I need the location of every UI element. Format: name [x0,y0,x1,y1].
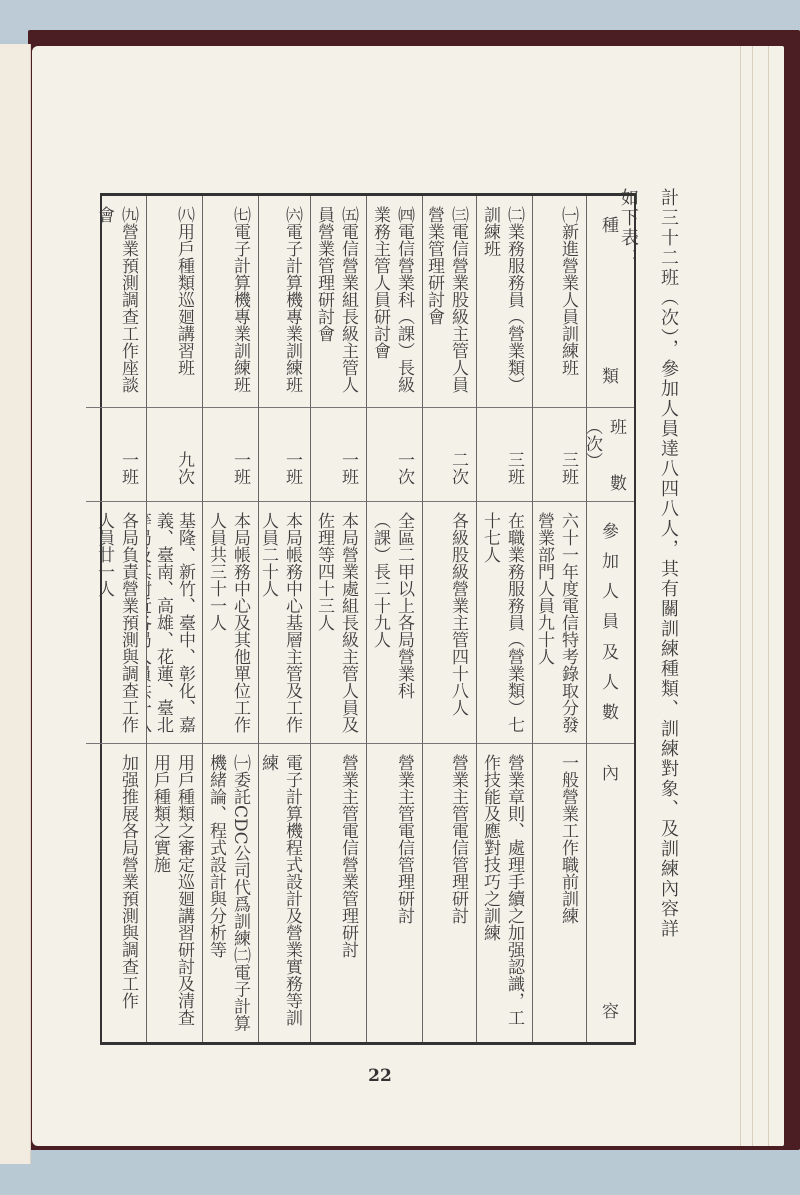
row-type: ㈡業務服務員（營業類）訓練班 [477,196,532,408]
row-people: 本局營業處組長級主管人員及佐理等四十三人 [311,502,366,744]
page-edge-line [768,46,769,1146]
page-edge-line [752,46,753,1146]
row-people: 各局負責營業預測與調查工作人員廿一人 [86,502,146,744]
header-type: 種 類 [587,196,634,408]
row-people: 六十一年度電信特考錄取分發營業部門人員九十人 [533,502,586,744]
row-type: ㈧用戶種類巡廻講習班 [147,196,202,408]
table-header-column: 種 類 班數（次） 參 加 人 員 及 人 數 內 容 [586,196,634,1042]
header-people-char: 人 [602,580,619,604]
page-edge-line [740,46,741,1146]
header-people-char: 參 [602,520,619,544]
header-people: 參 加 人 員 及 人 數 [587,502,634,744]
row-type: ㈥電子計算機專業訓練班 [259,196,310,408]
row-type: ㈨營業預測調查工作座談會 [86,196,146,408]
header-content-char: 容 [602,1000,619,1024]
table-row: ㈧用戶種類巡廻講習班 九次 基隆、新竹、臺中、彰化、嘉義、臺南、高雄、花蓮、臺北… [146,196,202,1042]
table-row: ㈥電子計算機專業訓練班 一班 本局帳務中心基層主管及工作人員二十人 電子計算機程… [258,196,310,1042]
row-type: ㈠新進營業人員訓練班 [533,196,586,408]
row-content: 用戶種類之審定巡廻講習研討及清查用戶種類之實施 [147,744,202,1042]
table-row: ㈨營業預測調查工作座談會 一班 各局負責營業預測與調查工作人員廿一人 加强推展各… [86,196,146,1042]
row-count: 一次 [367,408,422,502]
row-count: 一班 [86,408,146,502]
row-content: 營業主管電信營業管理研討 [311,744,366,1042]
row-content: 加强推展各局營業預測與調查工作 [86,744,146,1042]
intro-paragraph: 計三十二班（次），參加人員達八四八人，其有關訓練種類、訓練對象、及訓練內容詳如下… [648,188,688,948]
row-content: 電子計算機程式設計及營業實務等訓練 [259,744,310,1042]
table-row: ㈢電信營業股級主管人員營業管理研討會 二次 各級股級營業主管四十八人 營業主管電… [422,196,476,1042]
header-content-char: 內 [602,762,619,786]
header-people-char: 人 [602,671,619,695]
header-people-char: 及 [602,641,619,665]
row-content: ㈠委託CDC公司代爲訓練㈡電子計算機緒論、程式設計與分析等 [203,744,258,1042]
row-content: 一般營業工作職前訓練 [533,744,586,1042]
row-people: 基隆、新竹、臺中、彰化、嘉義、臺南、高雄、花蓮、臺北等局及其附近各局人員共一八一… [147,502,202,744]
table-row: ㈡業務服務員（營業類）訓練班 三班 在職業務服務員（營業類）七十七人 營業章則、… [476,196,532,1042]
facing-page-edge [0,44,31,1164]
row-people: 本局帳務中心基層主管及工作人員二十人 [259,502,310,744]
training-table: 種 類 班數（次） 參 加 人 員 及 人 數 內 容 ㈠新進營業人員訓練班 三… [100,193,636,1045]
row-count: 二次 [423,408,476,502]
row-count: 三班 [477,408,532,502]
header-people-char: 加 [602,550,619,574]
header-people-char: 員 [602,610,619,634]
row-content: 營業章則、處理手續之加强認識，工作技能及應對技巧之訓練 [477,744,532,1042]
table-row: ㈦電子計算機專業訓練班 一班 本局帳務中心及其他單位工作人員共三十一人 ㈠委託C… [202,196,258,1042]
row-people: 全區二甲以上各局營業科（課）長二十九人 [367,502,422,744]
row-people: 各級股級營業主管四十八人 [423,502,476,744]
row-people: 本局帳務中心及其他單位工作人員共三十一人 [203,502,258,744]
row-content: 營業主管電信管理研討 [423,744,476,1042]
header-content: 內 容 [587,744,634,1042]
header-type-char: 種 [602,214,619,238]
header-count: 班數（次） [587,408,634,502]
table-row: ㈤電信營業組長級主管人員營業管理研討會 一班 本局營業處組長級主管人員及佐理等四… [310,196,366,1042]
table-row: ㈣電信營業科（課）長級業務主管人員研討會 一次 全區二甲以上各局營業科（課）長二… [366,196,422,1042]
row-count: 九次 [147,408,202,502]
row-type: ㈢電信營業股級主管人員營業管理研討會 [423,196,476,408]
table-row: ㈠新進營業人員訓練班 三班 六十一年度電信特考錄取分發營業部門人員九十人 一般營… [532,196,586,1042]
row-count: 一班 [259,408,310,502]
row-count: 三班 [533,408,586,502]
row-count: 一班 [311,408,366,502]
row-type: ㈣電信營業科（課）長級業務主管人員研討會 [367,196,422,408]
page-number: 22 [360,1066,400,1086]
header-type-char: 類 [602,365,619,389]
row-count: 一班 [203,408,258,502]
row-type: ㈤電信營業組長級主管人員營業管理研討會 [311,196,366,408]
row-people: 在職業務服務員（營業類）七十七人 [477,502,532,744]
header-people-char: 數 [602,701,619,725]
row-content: 營業主管電信管理研討 [367,744,422,1042]
row-type: ㈦電子計算機專業訓練班 [203,196,258,408]
